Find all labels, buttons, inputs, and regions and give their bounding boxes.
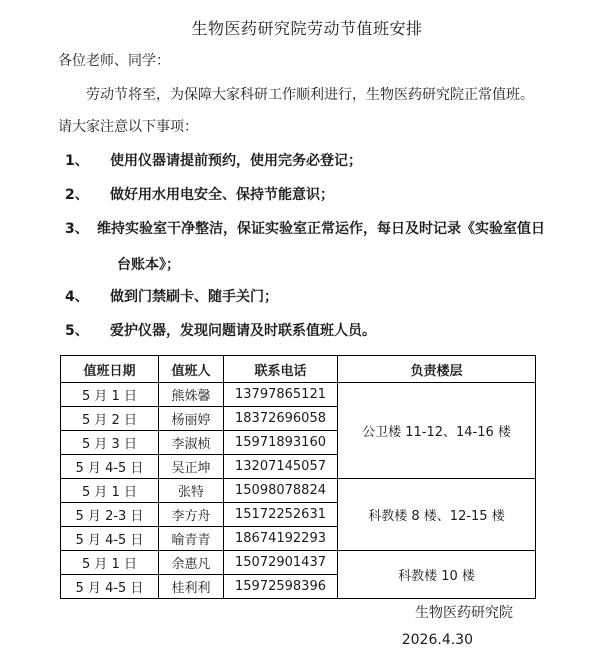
cell-name: 李方舟 [159, 503, 224, 527]
intro-paragraph: 劳动节将至，为保障大家科研工作顺利进行，生物医药研究院正常值班。 [58, 84, 556, 104]
cell-date: 5 月 4-5 日 [61, 455, 159, 479]
cell-date: 5 月 1 日 [61, 479, 159, 503]
notice-item-2: 2、 做好用水用电安全、保持节能意识； [65, 184, 334, 204]
cell-floor-group-2: 科教楼 8 楼、12-15 楼 [338, 479, 536, 551]
notice-document: 生物医药研究院劳动节值班安排 各位老师、同学： 劳动节将至，为保障大家科研工作顺… [0, 0, 596, 656]
cell-phone: 18372696058 [224, 407, 338, 431]
table-row: 5 月 1 日 余惠凡 15072901437 科教楼 10 楼 [61, 551, 536, 575]
cell-date: 5 月 4-5 日 [61, 527, 159, 551]
notice-item-number: 3、 [65, 218, 97, 274]
signature-date: 2026.4.30 [0, 632, 473, 648]
cell-name: 吴正坤 [159, 455, 224, 479]
notice-item-4: 4、 做到门禁刷卡、随手关门； [65, 286, 278, 306]
greeting-line: 各位老师、同学： [58, 50, 170, 70]
notice-item-text: 做好用水用电安全、保持节能意识； [110, 184, 334, 204]
table-row: 5 月 1 日 张特 15098078824 科教楼 8 楼、12-15 楼 [61, 479, 536, 503]
notice-item-number: 5、 [65, 320, 110, 340]
notice-item-text: 维持实验室干净整洁，保证实验室正常运作，每日及时记录《实验室值日 台账本》； [97, 218, 545, 274]
notice-item-number: 1、 [65, 150, 110, 170]
cell-name: 李淑桢 [159, 431, 224, 455]
table-header-row: 值班日期 值班人 联系电话 负责楼层 [61, 356, 536, 383]
notice-item-3-line-2: 台账本》； [97, 254, 545, 274]
cell-name: 杨丽婷 [159, 407, 224, 431]
cell-phone: 15971893160 [224, 431, 338, 455]
cell-phone: 15072901437 [224, 551, 338, 575]
notice-item-3: 3、 维持实验室干净整洁，保证实验室正常运作，每日及时记录《实验室值日 台账本》… [65, 218, 545, 274]
notice-item-1: 1、 使用仪器请提前预约，使用完务必登记； [65, 150, 362, 170]
table-row: 5 月 1 日 熊姝馨 13797865121 公卫楼 11-12、14-16 … [61, 383, 536, 407]
duty-schedule-table: 值班日期 值班人 联系电话 负责楼层 5 月 1 日 熊姝馨 137978651… [60, 355, 536, 599]
cell-date: 5 月 1 日 [61, 551, 159, 575]
cell-phone: 18674192293 [224, 527, 338, 551]
cell-date: 5 月 2 日 [61, 407, 159, 431]
header-duty-date: 值班日期 [61, 356, 159, 383]
notice-item-5: 5、 爱护仪器，发现问题请及时联系值班人员。 [65, 320, 376, 340]
cell-name: 熊姝馨 [159, 383, 224, 407]
notice-item-3-line-1: 维持实验室干净整洁，保证实验室正常运作，每日及时记录《实验室值日 [97, 218, 545, 238]
notice-item-number: 4、 [65, 286, 110, 306]
cell-date: 5 月 4-5 日 [61, 575, 159, 599]
cell-name: 余惠凡 [159, 551, 224, 575]
cell-name: 张特 [159, 479, 224, 503]
signature-line: 生物医药研究院 [0, 602, 513, 622]
notice-heading: 请大家注意以下事项： [58, 116, 198, 136]
notice-item-text: 做到门禁刷卡、随手关门； [110, 286, 278, 306]
cell-date: 5 月 1 日 [61, 383, 159, 407]
cell-phone: 15098078824 [224, 479, 338, 503]
cell-floor-group-3: 科教楼 10 楼 [338, 551, 536, 599]
notice-item-text: 爱护仪器，发现问题请及时联系值班人员。 [110, 320, 376, 340]
cell-phone: 13797865121 [224, 383, 338, 407]
cell-name: 喻青青 [159, 527, 224, 551]
cell-phone: 15172252631 [224, 503, 338, 527]
cell-floor-group-1: 公卫楼 11-12、14-16 楼 [338, 383, 536, 479]
notice-item-number: 2、 [65, 184, 110, 204]
cell-date: 5 月 2-3 日 [61, 503, 159, 527]
header-duty-person: 值班人 [159, 356, 224, 383]
cell-phone: 15972598396 [224, 575, 338, 599]
document-title: 生物医药研究院劳动节值班安排 [58, 16, 556, 39]
notice-item-text: 使用仪器请提前预约，使用完务必登记； [110, 150, 362, 170]
cell-date: 5 月 3 日 [61, 431, 159, 455]
cell-name: 桂利利 [159, 575, 224, 599]
header-contact-phone: 联系电话 [224, 356, 338, 383]
header-floor: 负责楼层 [338, 356, 536, 383]
cell-phone: 13207145057 [224, 455, 338, 479]
